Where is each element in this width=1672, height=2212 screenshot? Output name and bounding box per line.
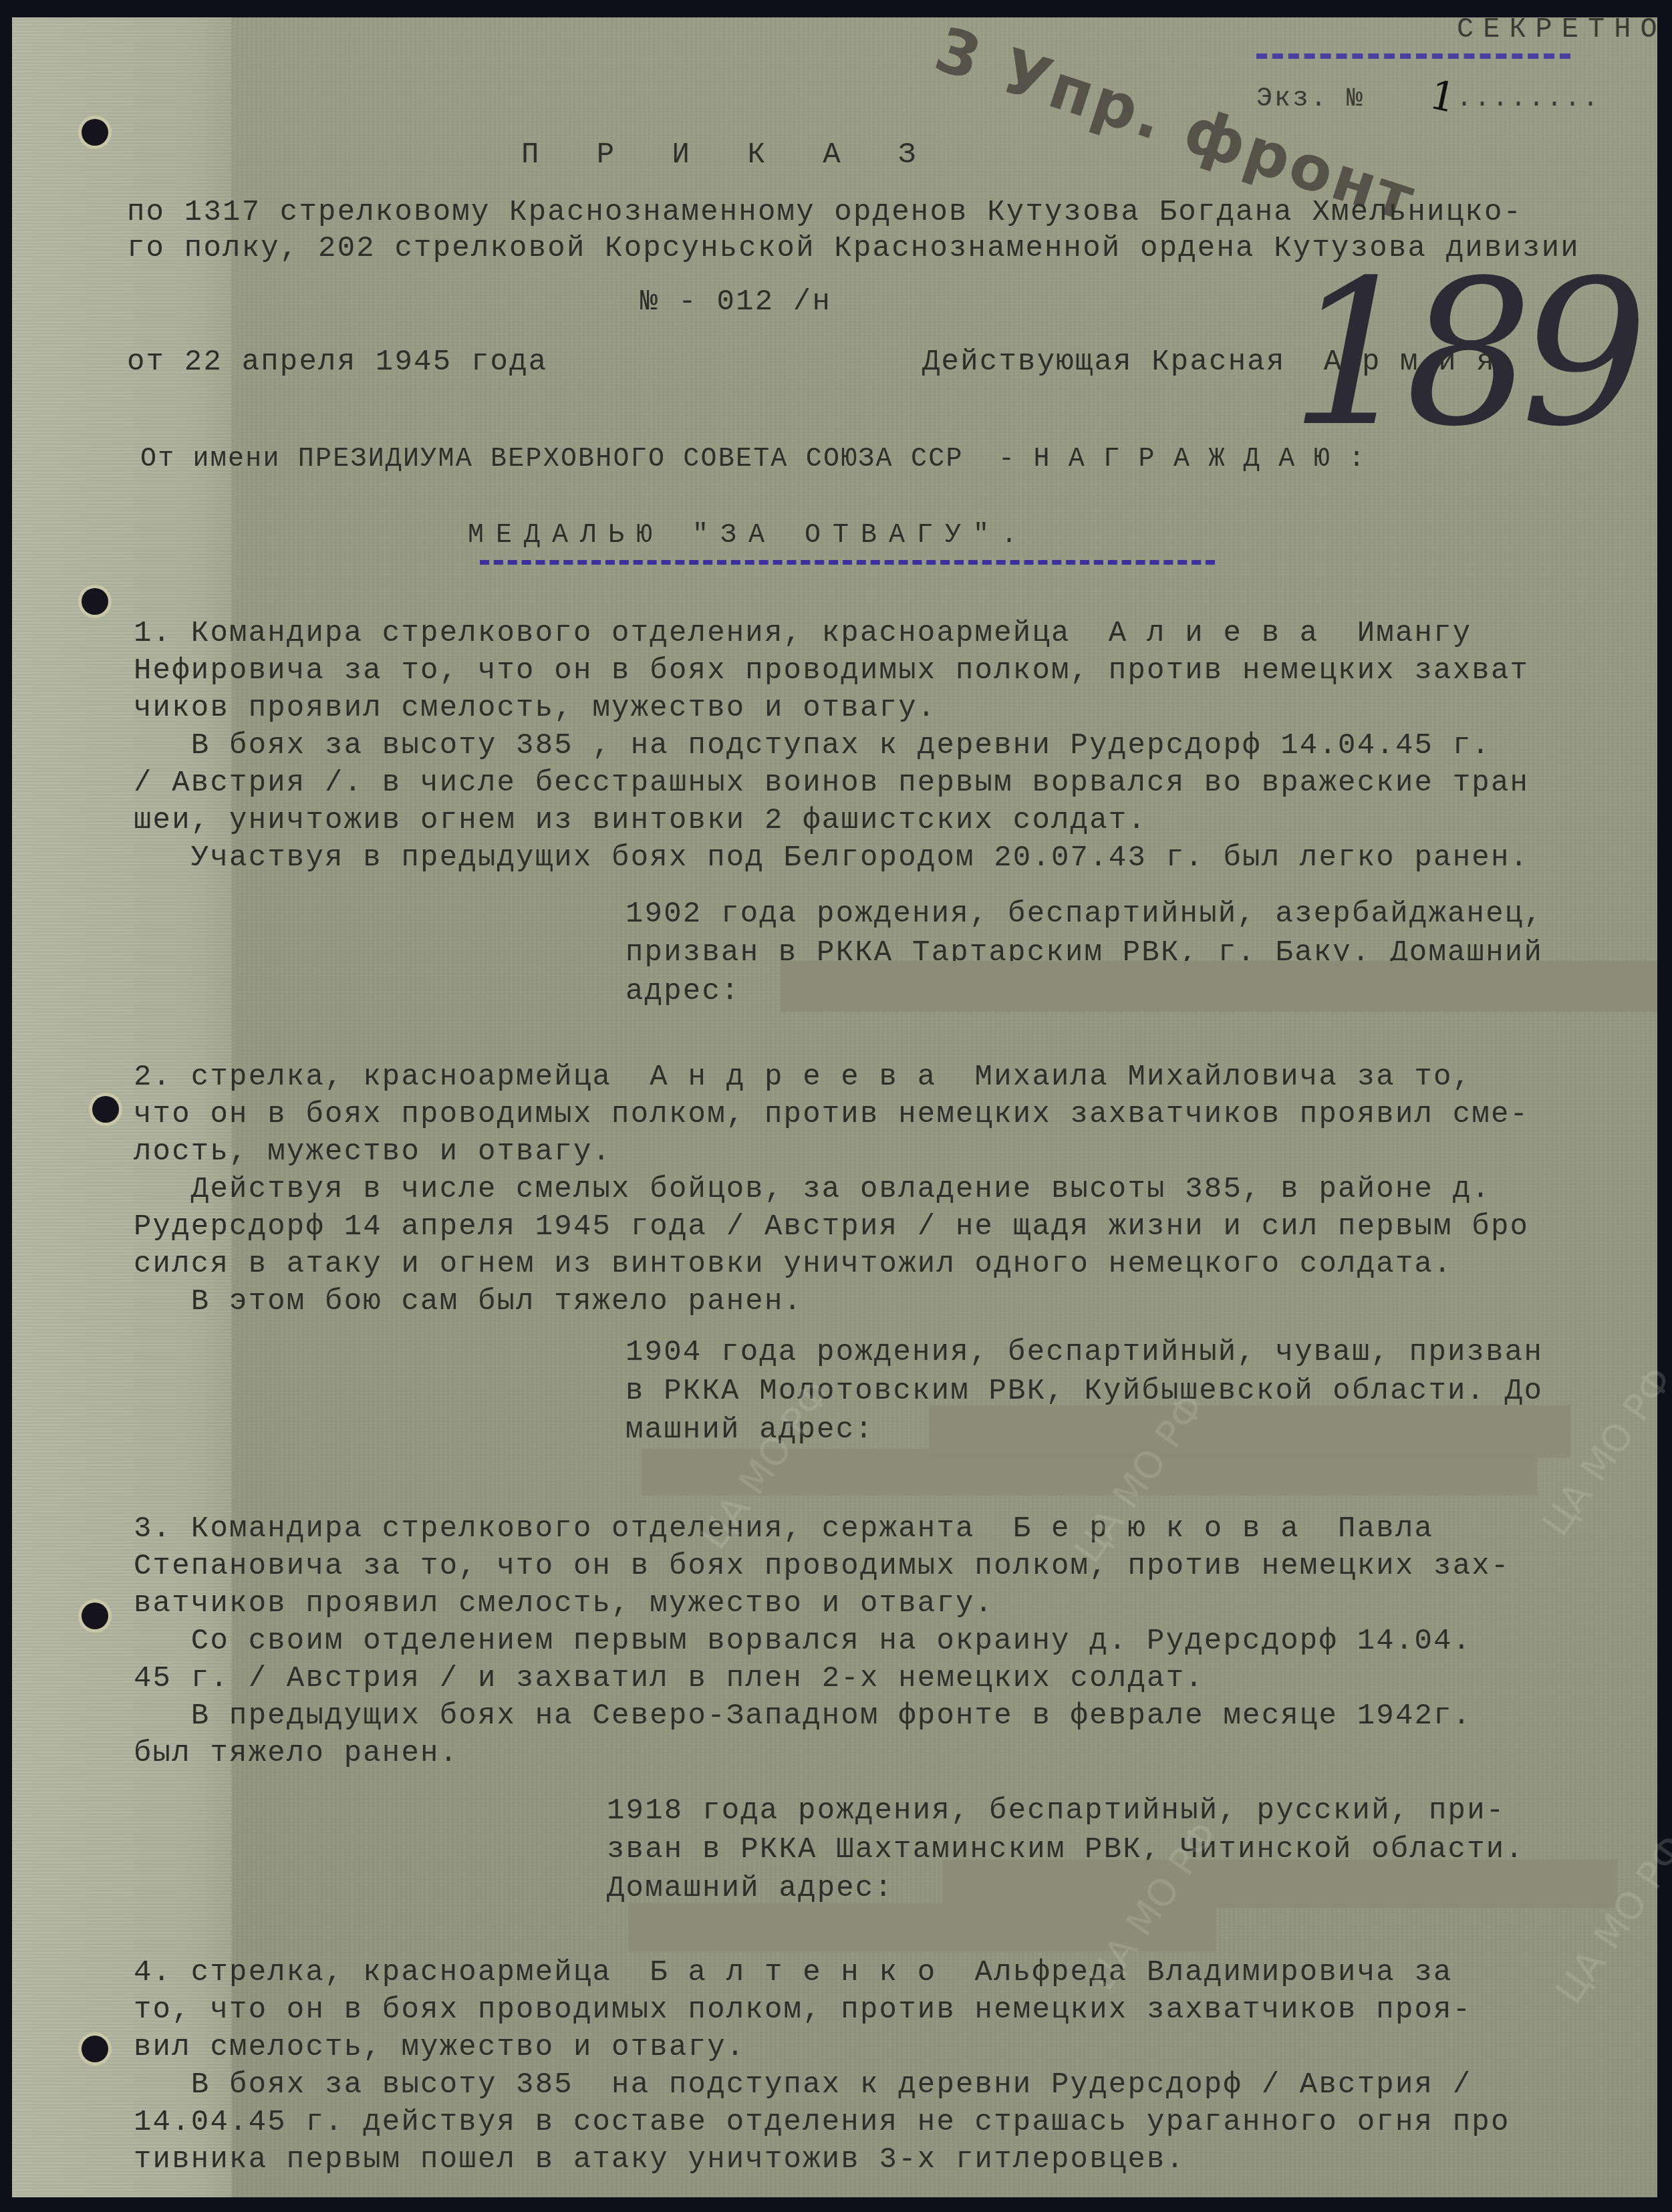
entry-text-line: 45 г. / Австрия / и захватил в плен 2-х … <box>134 1664 1204 1693</box>
classification-underline <box>1256 53 1570 59</box>
entry-text-line: 2. стрелка, красноармейца А н д р е е в … <box>134 1063 1472 1092</box>
entry-text-line: 3. Командира стрелкового отделения, серж… <box>134 1514 1433 1544</box>
entry-text-line: ватчиков проявил смелость, мужество и от… <box>134 1589 994 1619</box>
entry-text-line: Участвуя в предыдущих боях под Белгородо… <box>134 843 1529 873</box>
entry-text-line: тивника первым пошел в атаку уничтожив 3… <box>134 2145 1185 2175</box>
entry-bio-line: машний адрес: <box>625 1415 874 1445</box>
binder-hole-icon <box>82 119 108 146</box>
binder-hole-icon <box>82 588 108 615</box>
entry-text-line: / Австрия /. в числе бесстрашных воинов … <box>134 769 1529 798</box>
entry-text-line: В боях за высоту 385 , на подступах к де… <box>134 731 1491 761</box>
binder-hole-icon <box>82 1603 108 1629</box>
entry-text-line: 14.04.45 г. действуя в составе отделения… <box>134 2108 1510 2137</box>
entry-bio-line: 1918 года рождения, беспартийный, русски… <box>607 1796 1505 1826</box>
preamble: От имени ПРЕЗИДИУМА ВЕРХОВНОГО СОВЕТА СО… <box>140 446 1366 473</box>
entry-text-line: шеи, уничтожив огнем из винтовки 2 фашис… <box>134 806 1147 835</box>
binder-hole-icon <box>92 1096 119 1123</box>
redacted-address <box>942 1860 1617 1908</box>
entry-text-line: сился в атаку и огнем из винтовки уничто… <box>134 1250 1453 1279</box>
copy-label: Экз. № <box>1256 84 1365 114</box>
entry-bio-line: Домашний адрес: <box>607 1874 893 1903</box>
medal-title: МЕДАЛЬЮ "ЗА ОТВАГУ". <box>468 523 1029 549</box>
entry-text-line: лость, мужество и отвагу. <box>134 1137 611 1167</box>
entry-bio-line: 1904 года рождения, беспартийный, чуваш,… <box>625 1338 1543 1367</box>
entry-text-line: Рудерсдорф 14 апреля 1945 года / Австрия… <box>134 1212 1529 1242</box>
entry-text-line: Степановича за то, что он в боях проводи… <box>134 1552 1510 1581</box>
entry-text-line: вил смелость, мужество и отвагу. <box>134 2033 745 2062</box>
entry-bio-line: 1902 года рождения, беспартийный, азерба… <box>625 900 1543 929</box>
entry-text-line: что он в боях проводимых полком, против … <box>134 1100 1529 1129</box>
entry-text-line: то, что он в боях проводимых полком, про… <box>134 1995 1472 2025</box>
redacted-address <box>781 961 1657 1012</box>
order-location: Действующая Красная А р м и я. <box>922 348 1515 377</box>
medal-underline <box>480 560 1215 565</box>
entry-text-line: 1. Командира стрелкового отделения, крас… <box>134 619 1472 648</box>
entry-text-line: Действуя в числе смелых бойцов, за овлад… <box>134 1175 1491 1204</box>
entry-text-line: Со своим отделением первым ворвался на о… <box>134 1627 1472 1656</box>
order-number: № - 012 /н <box>640 287 831 317</box>
header-line: по 1317 стрелковому Краснознаменному орд… <box>127 198 1522 227</box>
entry-text-line: В боях за высоту 385 на подступах к дере… <box>134 2070 1472 2100</box>
entry-text-line: Нефировича за то, что он в боях проводим… <box>134 656 1529 686</box>
header-line: го полку, 202 стрелковой Корсуньской Кра… <box>127 234 1580 263</box>
entry-text-line: был тяжело ранен. <box>134 1739 458 1768</box>
binder-hole-icon <box>82 2036 108 2062</box>
order-date: от 22 апреля 1945 года <box>127 348 547 377</box>
classification-mark: СЕКРЕТНО <box>1457 13 1667 45</box>
entry-bio-line: в РККА Молотовским РВК, Куйбышевской обл… <box>625 1377 1543 1406</box>
copy-dots: ........ <box>1456 84 1600 114</box>
entry-text-line: В этом бою сам был тяжело ранен. <box>134 1287 803 1317</box>
entry-bio-line: адрес: <box>625 977 740 1006</box>
order-title: П Р И К А З <box>521 140 936 170</box>
entry-text-line: 4. стрелка, красноармейца Б а л т е н к … <box>134 1958 1453 1987</box>
entry-text-line: чиков проявил смелость, мужество и отваг… <box>134 694 936 723</box>
entry-text-line: В предыдущих боях на Северо-Западном фро… <box>134 1701 1472 1731</box>
